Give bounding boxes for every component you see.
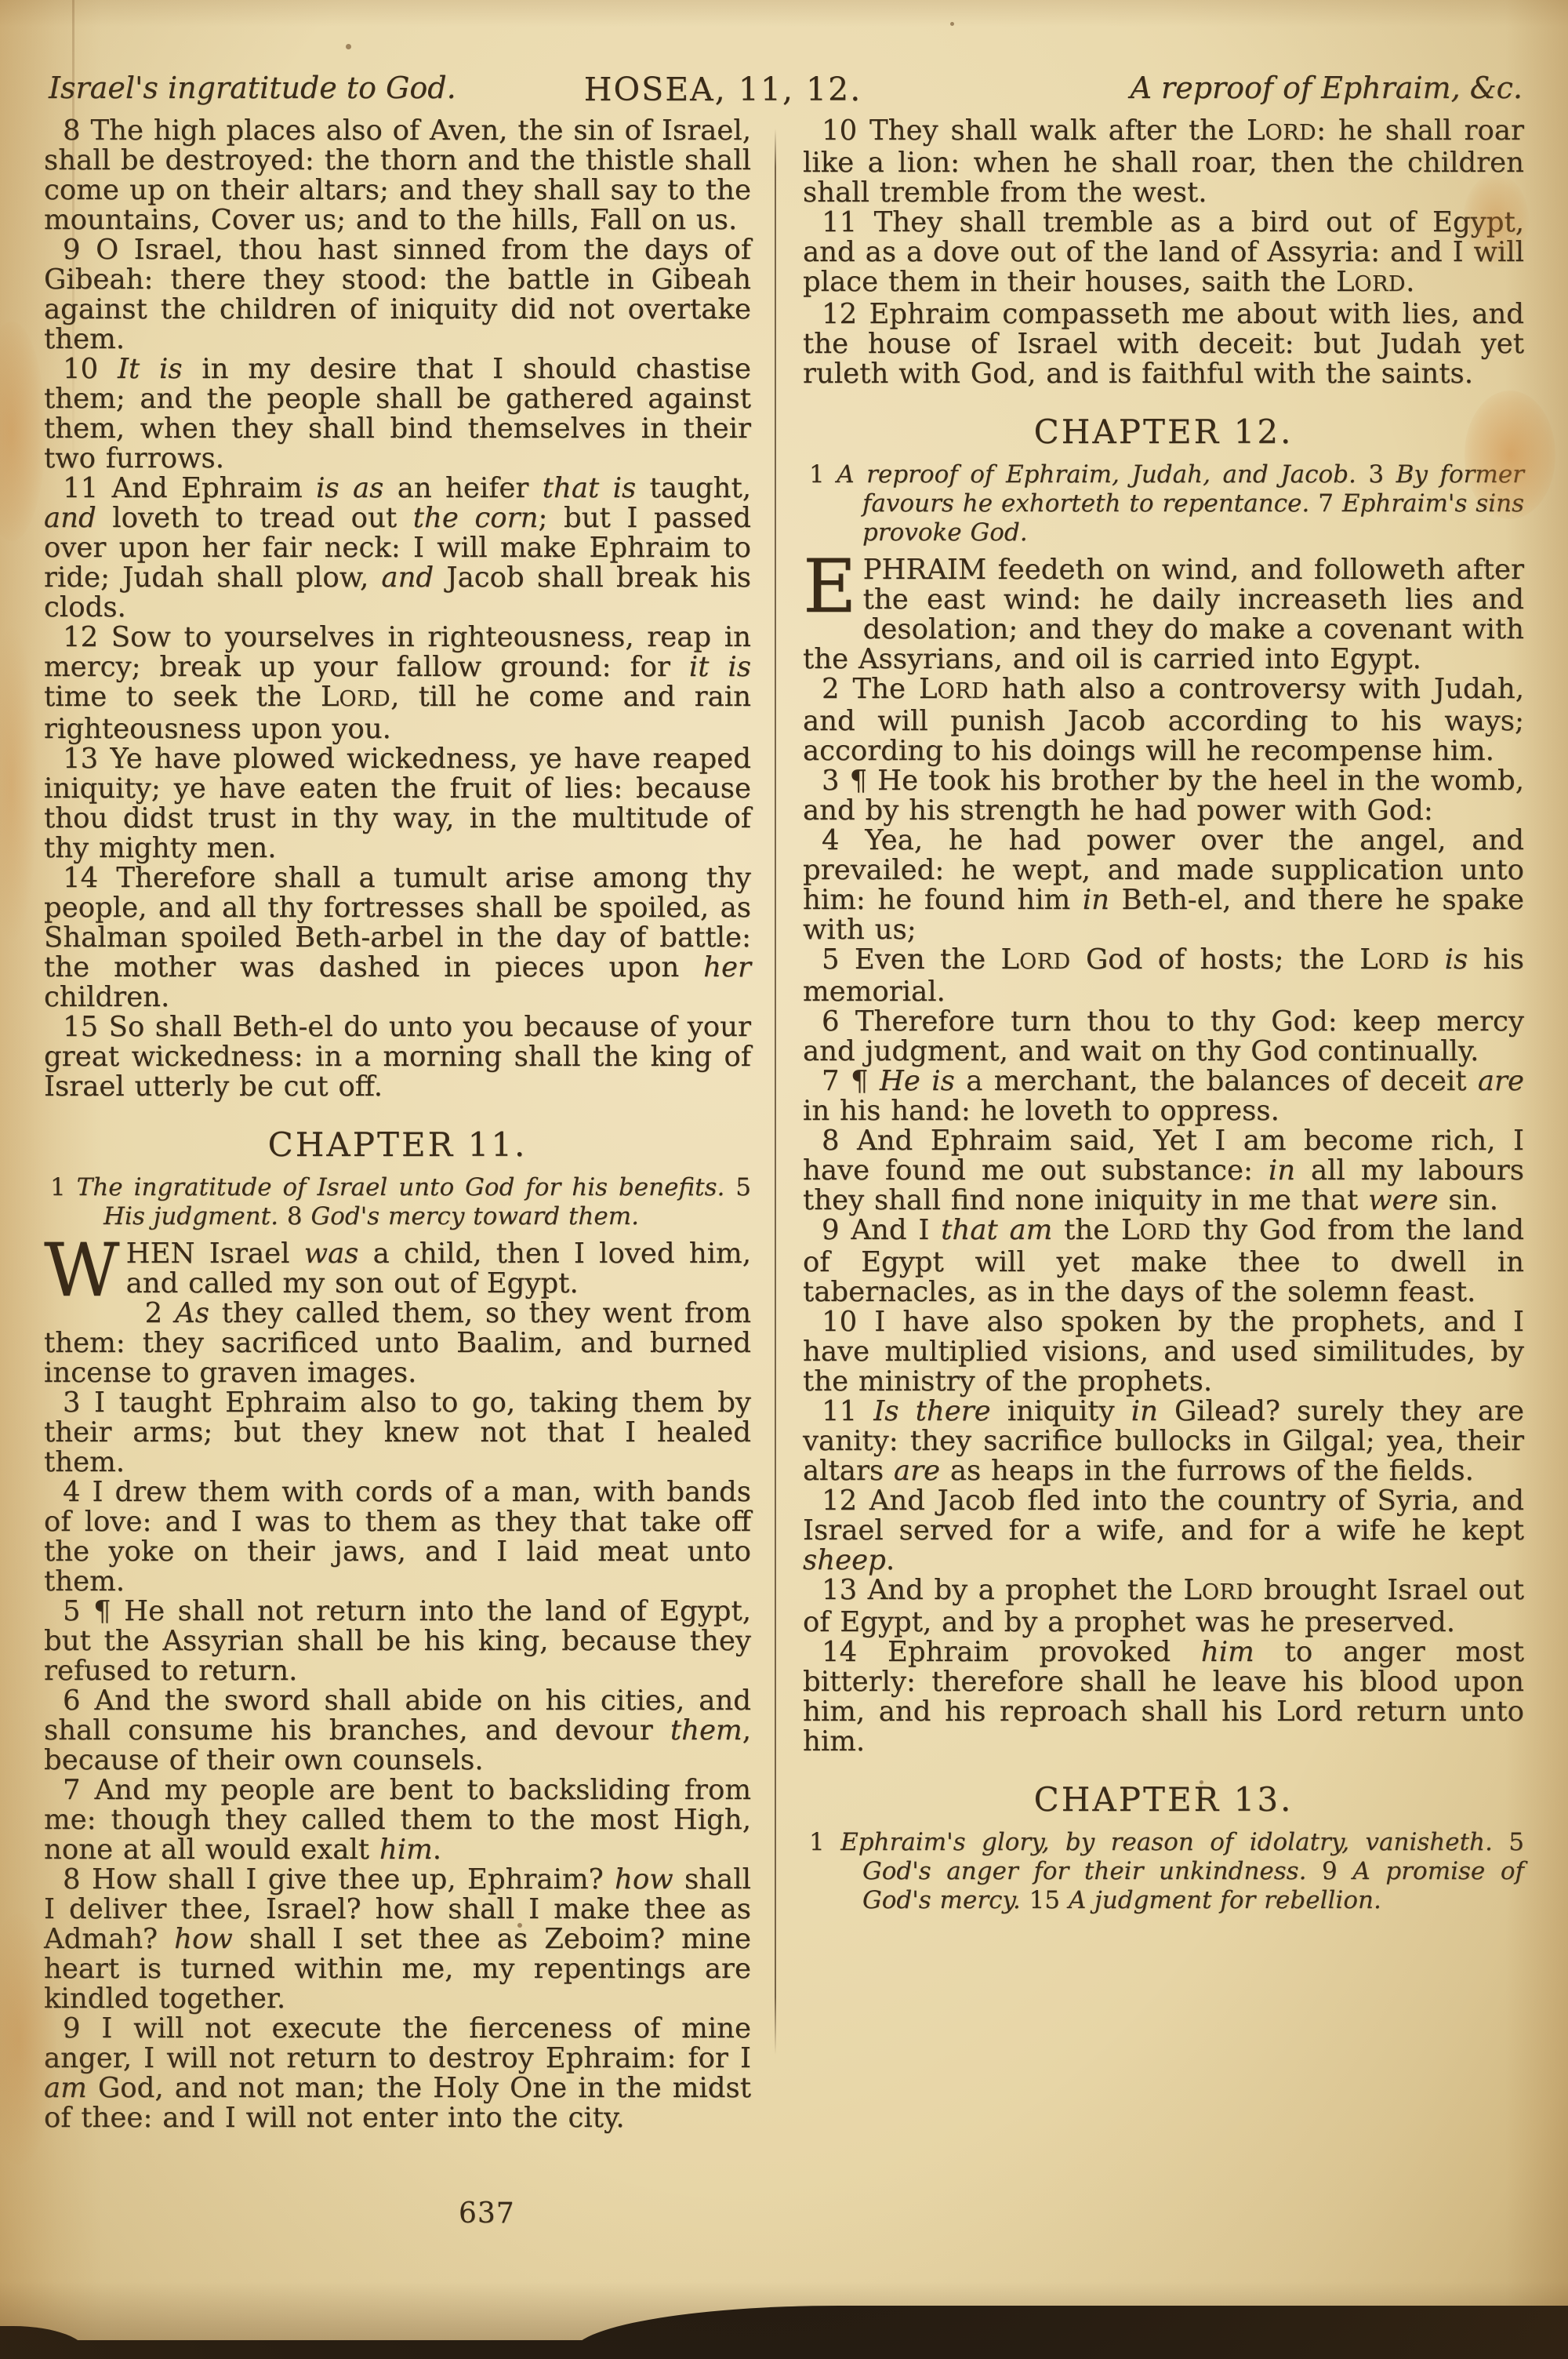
verse-ch12-11: 11 Is there iniquity in Gilead? surely t…	[803, 1397, 1524, 1486]
verse-ch11-9: 9 I will not execute the fierceness of m…	[44, 2014, 751, 2133]
verse-ch10-12: 12 Sow to yourselves in righteousness, r…	[44, 623, 751, 744]
ink-speck	[346, 44, 351, 49]
verse-ch10-8: 8 The high places also of Aven, the sin …	[44, 116, 751, 235]
chapter-12-heading: CHAPTER 12.	[803, 413, 1524, 451]
verse-ch12-7: 7 ¶ He is a merchant, the balances of de…	[803, 1067, 1524, 1126]
verse-ch12-14: 14 Ephraim provoked him to anger most bi…	[803, 1637, 1524, 1757]
verse-ch12-13: 13 And by a prophet the LORD brought Isr…	[803, 1576, 1524, 1637]
verse-ch12-2: 2 The LORD hath also a controversy with …	[803, 674, 1524, 766]
verse-ch12-8: 8 And Ephraim said, Yet I am become rich…	[803, 1126, 1524, 1216]
dropcap-letter-e: E	[803, 555, 863, 616]
verse-ch11-11: 11 They shall tremble as a bird out of E…	[803, 208, 1524, 300]
page-top-edge-shading	[0, 0, 1568, 27]
chapter-11-summary: 1 The ingratitude of Israel unto God for…	[44, 1173, 751, 1231]
verse-ch10-9: 9 O Israel, thou hast sinned from the da…	[44, 235, 751, 354]
verse-ch11-7: 7 And my people are bent to backsliding …	[44, 1776, 751, 1865]
verse-ch12-5: 5 Even the LORD God of hosts; the LORD i…	[803, 945, 1524, 1007]
verse-text: HEN Israel was a child, then I loved him…	[126, 1238, 751, 1299]
verse-ch10-14: 14 Therefore shall a tumult arise among …	[44, 863, 751, 1012]
verse-ch11-10: 10 They shall walk after the LORD: he sh…	[803, 116, 1524, 208]
running-head-right: A reproof of Ephraim, &c.	[1131, 71, 1523, 105]
verse-ch10-11: 11 And Ephraim is as an heifer that is t…	[44, 474, 751, 623]
verse-text: PHRAIM feedeth on wind, and followeth af…	[803, 554, 1524, 675]
running-head-left: Israel's ingratitude to God.	[49, 71, 456, 105]
verse-ch11-6: 6 And the sword shall abide on his citie…	[44, 1686, 751, 1776]
verse-ch12-4: 4 Yea, he had power over the angel, and …	[803, 826, 1524, 945]
verse-ch12-3: 3 ¶ He took his brother by the heel in t…	[803, 766, 1524, 826]
chapter-13-summary: 1 Ephraim's glory, by reason of idolatry…	[803, 1828, 1524, 1915]
verse-ch12-12: 12 And Jacob fled into the country of Sy…	[803, 1486, 1524, 1576]
verse-ch10-13: 13 Ye have plowed wickedness, ye have re…	[44, 744, 751, 863]
chapter-13-heading: CHAPTER 13.	[803, 1780, 1524, 1819]
dropcap-letter-w: W	[44, 1239, 126, 1300]
left-text-column: 8 The high places also of Aven, the sin …	[44, 116, 751, 2133]
verse-ch11-5: 5 ¶ He shall not return into the land of…	[44, 1597, 751, 1686]
verse-ch12-1: EPHRAIM feedeth on wind, and followeth a…	[803, 555, 1524, 674]
verse-ch11-8: 8 How shall I give thee up, Ephraim? how…	[44, 1865, 751, 2014]
verse-ch10-15: 15 So shall Beth-el do unto you because …	[44, 1012, 751, 1102]
page-bottom-edge	[0, 2340, 1568, 2359]
right-text-column: 10 They shall walk after the LORD: he sh…	[803, 116, 1524, 1923]
chapter-12-summary: 1 A reproof of Ephraim, Judah, and Jacob…	[803, 460, 1524, 547]
verse-ch11-12: 12 Ephraim compasseth me about with lies…	[803, 300, 1524, 389]
verse-ch12-9: 9 And I that am the LORD thy God from th…	[803, 1216, 1524, 1307]
verse-ch11-1: WHEN Israel was a child, then I loved hi…	[44, 1239, 751, 1299]
verse-ch10-10: 10 It is in my desire that I should chas…	[44, 354, 751, 474]
verse-ch11-2: 2 As they called them, so they went from…	[44, 1299, 751, 1388]
verse-ch12-10: 10 I have also spoken by the prophets, a…	[803, 1307, 1524, 1397]
verse-ch12-6: 6 Therefore turn thou to thy God: keep m…	[803, 1007, 1524, 1067]
page-number: 637	[459, 2197, 515, 2230]
verse-ch11-4: 4 I drew them with cords of a man, with …	[44, 1478, 751, 1597]
bible-page: Israel's ingratitude to God. HOSEA, 11, …	[0, 0, 1568, 2359]
running-head-title: HOSEA, 11, 12.	[584, 71, 862, 108]
verse-ch11-3: 3 I taught Ephraim also to go, taking th…	[44, 1388, 751, 1478]
chapter-11-heading: CHAPTER 11.	[44, 1125, 751, 1164]
column-divider-rule	[775, 129, 776, 2055]
